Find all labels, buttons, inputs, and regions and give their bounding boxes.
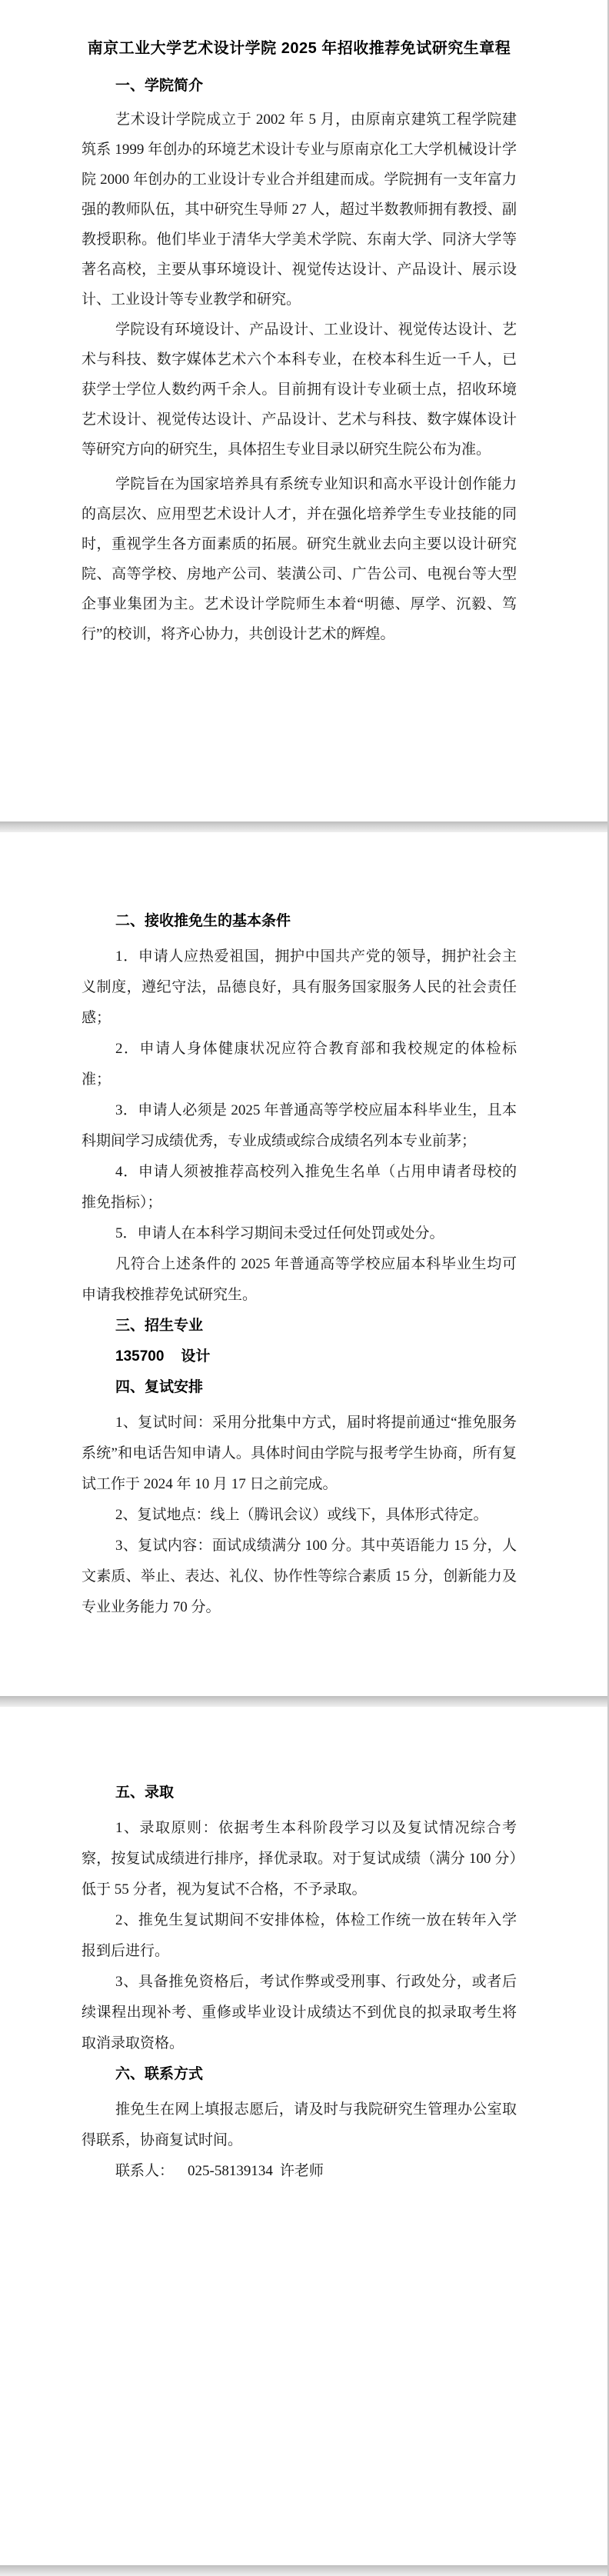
- section-4-item: 1、复试时间：采用分批集中方式，届时将提前通过“推免服务系统”和电话告知申请人。…: [82, 1408, 517, 1500]
- document-page-3: 五、录取 1、录取原则：依据考生本科阶段学习以及复试情况综合考察，按复试成绩进行…: [0, 1707, 607, 2565]
- section-4-heading: 四、复试安排: [82, 1372, 517, 1403]
- section-1-paragraph: 艺术设计学院成立于 2002 年 5 月，由原南京建筑工程学院建筑系 1999 …: [82, 105, 517, 315]
- contact-phone: 025-58139134: [188, 2163, 273, 2179]
- document-title: 南京工业大学艺术设计学院 2025 年招收推荐免试研究生章程: [82, 37, 517, 60]
- section-5-item: 1、录取原则：依据考生本科阶段学习以及复试情况综合考察，按复试成绩进行排序，择优…: [82, 1813, 517, 1905]
- section-1-heading: 一、学院简介: [82, 71, 517, 101]
- section-5-item: 3、具备推免资格后，考试作弊或受刑事、行政处分，或者后续课程出现补考、重修或毕业…: [82, 1967, 517, 2059]
- page-separator-bottom: [0, 2565, 607, 2576]
- section-1-paragraph: 学院设有环境设计、产品设计、工业设计、视觉传达设计、艺术与科技、数字媒体艺术六个…: [82, 315, 517, 465]
- section-2-item: 3．申请人必须是 2025 年普通高等学校应届本科毕业生，且本科期间学习成绩优秀…: [82, 1095, 517, 1157]
- contact-label: 联系人：: [115, 2163, 174, 2179]
- contact-line: 联系人：025-58139134许老师: [82, 2156, 517, 2187]
- section-4-item: 3、复试内容：面试成绩满分 100 分。其中英语能力 15 分，人文素质、举止、…: [82, 1531, 517, 1623]
- section-5-heading: 五、录取: [82, 1778, 517, 1808]
- major-code-line: 135700设计: [82, 1341, 517, 1372]
- document-page-2: 二、接收推免生的基本条件 1．申请人应热爱祖国，拥护中国共产党的领导，拥护社会主…: [0, 832, 607, 1696]
- section-1-paragraph: 学院旨在为国家培养具有系统专业知识和高水平设计创作能力的高层次、应用型艺术设计人…: [82, 469, 517, 649]
- section-6-paragraph: 推免生在网上填报志愿后，请及时与我院研究生管理办公室取得联系，协商复试时间。: [82, 2094, 517, 2156]
- section-2-item: 2．申请人身体健康状况应符合教育部和我校规定的体检标准；: [82, 1034, 517, 1095]
- section-2-item: 1．申请人应热爱祖国，拥护中国共产党的领导，拥护社会主义制度，遵纪守法，品德良好…: [82, 941, 517, 1034]
- page-separator: [0, 1696, 607, 1707]
- contact-person: 许老师: [280, 2163, 324, 2179]
- section-4-item: 2、复试地点：线上（腾讯会议）或线下，具体形式待定。: [82, 1500, 517, 1531]
- major-code: 135700: [115, 1348, 164, 1365]
- section-2-closing: 凡符合上述条件的 2025 年普通高等学校应届本科毕业生均可申请我校推荐免试研究…: [82, 1249, 517, 1311]
- section-2-heading: 二、接收推免生的基本条件: [82, 906, 517, 937]
- section-3-heading: 三、招生专业: [82, 1311, 517, 1341]
- document-viewport: 南京工业大学艺术设计学院 2025 年招收推荐免试研究生章程 一、学院简介 艺术…: [0, 0, 609, 2576]
- major-name: 设计: [181, 1348, 210, 1365]
- document-page-1: 南京工业大学艺术设计学院 2025 年招收推荐免试研究生章程 一、学院简介 艺术…: [0, 0, 607, 821]
- section-2-item: 4．申请人须被推荐高校列入推免生名单（占用申请者母校的推免指标）；: [82, 1157, 517, 1218]
- section-6-heading: 六、联系方式: [82, 2059, 517, 2090]
- section-2-item: 5．申请人在本科学习期间未受过任何处罚或处分。: [82, 1218, 517, 1249]
- page-separator: [0, 821, 607, 832]
- section-5-item: 2、推免生复试期间不安排体检，体检工作统一放在转年入学报到后进行。: [82, 1905, 517, 1967]
